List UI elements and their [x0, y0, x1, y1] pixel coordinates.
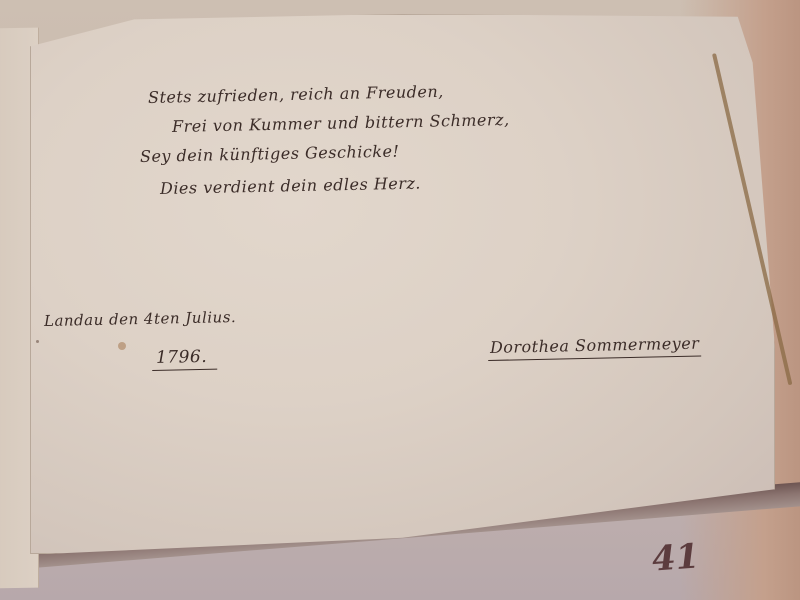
paper-stain [118, 342, 126, 350]
year: 1796. [152, 347, 218, 371]
photo-scene: Stets zufrieden, reich an Freuden, Frei … [0, 0, 800, 600]
signature: Dorothea Sommermeyer [488, 334, 702, 361]
ink-dot [36, 340, 39, 343]
page-number: 41 [651, 536, 701, 579]
